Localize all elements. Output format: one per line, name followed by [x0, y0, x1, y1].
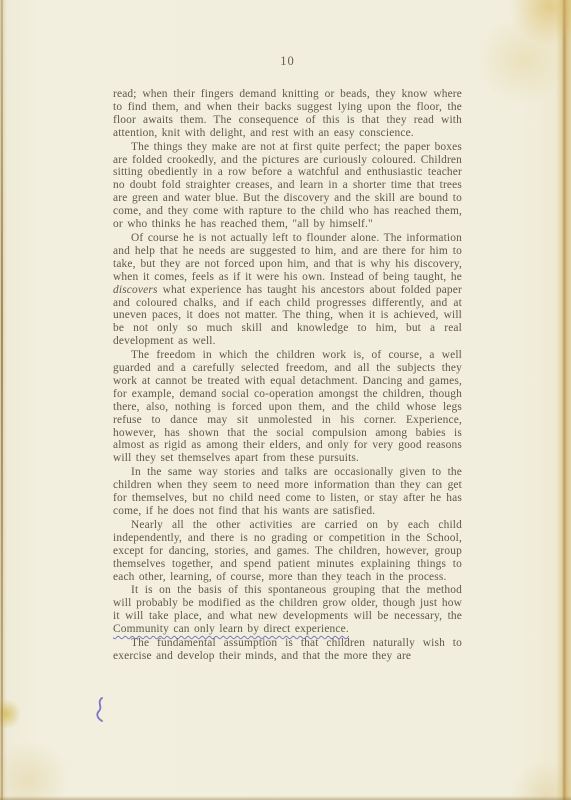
paragraph: The freedom in which the children work i…: [113, 349, 462, 465]
text-block: read; when their fingers demand knitting…: [113, 88, 462, 664]
paragraph: The things they make are not at first qu…: [113, 141, 462, 231]
page-number: 10: [113, 54, 462, 69]
text-segment: what experience has taught his ancestors…: [113, 284, 462, 348]
paragraph: In the same way stories and talks are oc…: [113, 466, 462, 518]
text-segment: The freedom in which the children work i…: [113, 349, 462, 464]
text-segment: Nearly all the other activities are carr…: [113, 519, 462, 583]
paragraph: read; when their fingers demand knitting…: [113, 88, 462, 140]
paragraph: Of course he is not actually left to flo…: [113, 232, 462, 348]
italic-word: discovers: [113, 284, 158, 296]
ink-underlined-phrase: Community can only learn by direct exper…: [113, 623, 349, 635]
text-segment: Of course he is not actually left to flo…: [113, 232, 462, 283]
ink-margin-mark: [93, 697, 105, 723]
paragraph: It is on the basis of this spontaneous g…: [113, 584, 462, 636]
text-segment: The fundamental assumption is that child…: [113, 637, 462, 662]
text-segment: It is on the basis of this spontaneous g…: [113, 584, 462, 622]
page-bottom-shadow: [0, 796, 571, 800]
text-segment: In the same way stories and talks are oc…: [113, 466, 462, 517]
paragraph: Nearly all the other activities are carr…: [113, 519, 462, 584]
paragraph: The fundamental assumption is that child…: [113, 637, 462, 663]
page-left-edge: [1, 0, 3, 800]
scanned-book-page: 10 read; when their fingers demand knitt…: [0, 0, 571, 800]
text-segment: The things they make are not at first qu…: [113, 141, 462, 230]
text-segment: read; when their fingers demand knitting…: [113, 88, 462, 139]
